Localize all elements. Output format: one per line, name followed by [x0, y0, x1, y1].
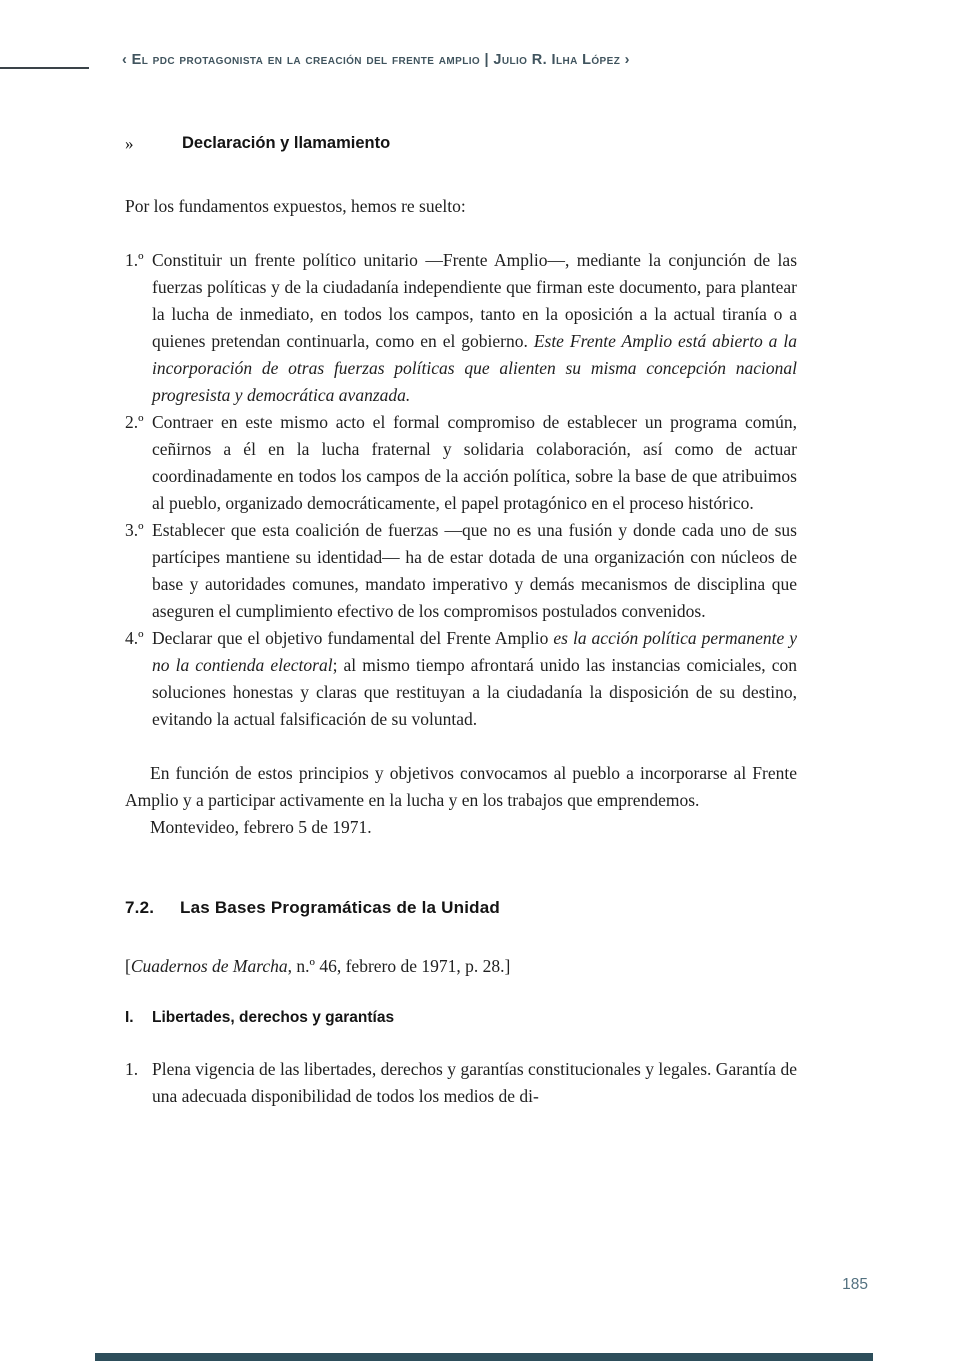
- item-text: Plena vigencia de las libertades, derech…: [152, 1056, 797, 1110]
- subsection-number: I.: [125, 1006, 152, 1030]
- header-rule: [0, 67, 89, 69]
- book-page: { "colors": { "header_text": "#40545e", …: [0, 0, 964, 1361]
- list-item: 1.ºConstituir un frente político unitari…: [125, 247, 797, 409]
- list-item: 4.ºDeclarar que el objetivo fundamental …: [125, 625, 797, 733]
- list-item: 2.ºContraer en este mismo acto el formal…: [125, 409, 797, 517]
- dateline: Montevideo, febrero 5 de 1971.: [125, 814, 797, 841]
- declaration-heading: » Declaración y llamamiento: [125, 130, 797, 157]
- declaration-list: 1.ºConstituir un frente político unitari…: [125, 247, 797, 733]
- item-text: Constituir un frente político unitario —…: [152, 247, 797, 409]
- item-number: 4.º: [125, 625, 152, 733]
- closing-paragraph: En función de estos principios y objetiv…: [125, 760, 797, 814]
- declaration-title: Declaración y llamamiento: [182, 130, 390, 157]
- source-citation: [Cuadernos de Marcha, n.º 46, febrero de…: [125, 953, 797, 980]
- running-header-title: ‹ El pdc protagonista en la creación del…: [122, 52, 630, 68]
- list-item: 3.ºEstablecer que esta coalición de fuer…: [125, 517, 797, 625]
- list-item: 1.Plena vigencia de las libertades, dere…: [125, 1056, 797, 1110]
- item-number: 1.: [125, 1056, 152, 1110]
- item-text: Establecer que esta coalición de fuerzas…: [152, 517, 797, 625]
- intro-paragraph: Por los fundamentos expuestos, hemos re …: [125, 193, 797, 220]
- section-number: 7.2.: [125, 895, 180, 920]
- subsection-title: Libertades, derechos y garantías: [152, 1006, 394, 1030]
- footer-bar: [95, 1353, 873, 1361]
- item-text: Contraer en este mismo acto el formal co…: [152, 409, 797, 517]
- guillemet-marker: »: [125, 130, 182, 157]
- subsection-list: 1.Plena vigencia de las libertades, dere…: [125, 1056, 797, 1110]
- section-heading: 7.2. Las Bases Programáticas de la Unida…: [125, 895, 797, 920]
- subsection-heading: I. Libertades, derechos y garantías: [125, 1006, 797, 1030]
- page-number: 185: [842, 1276, 868, 1294]
- text-column: » Declaración y llamamiento Por los fund…: [125, 130, 797, 1110]
- item-number: 3.º: [125, 517, 152, 625]
- item-number: 2.º: [125, 409, 152, 517]
- running-header: ‹ El pdc protagonista en la creación del…: [0, 52, 964, 76]
- item-number: 1.º: [125, 247, 152, 409]
- item-text: Declarar que el objetivo fundamental del…: [152, 625, 797, 733]
- section-title: Las Bases Programáticas de la Unidad: [180, 895, 500, 920]
